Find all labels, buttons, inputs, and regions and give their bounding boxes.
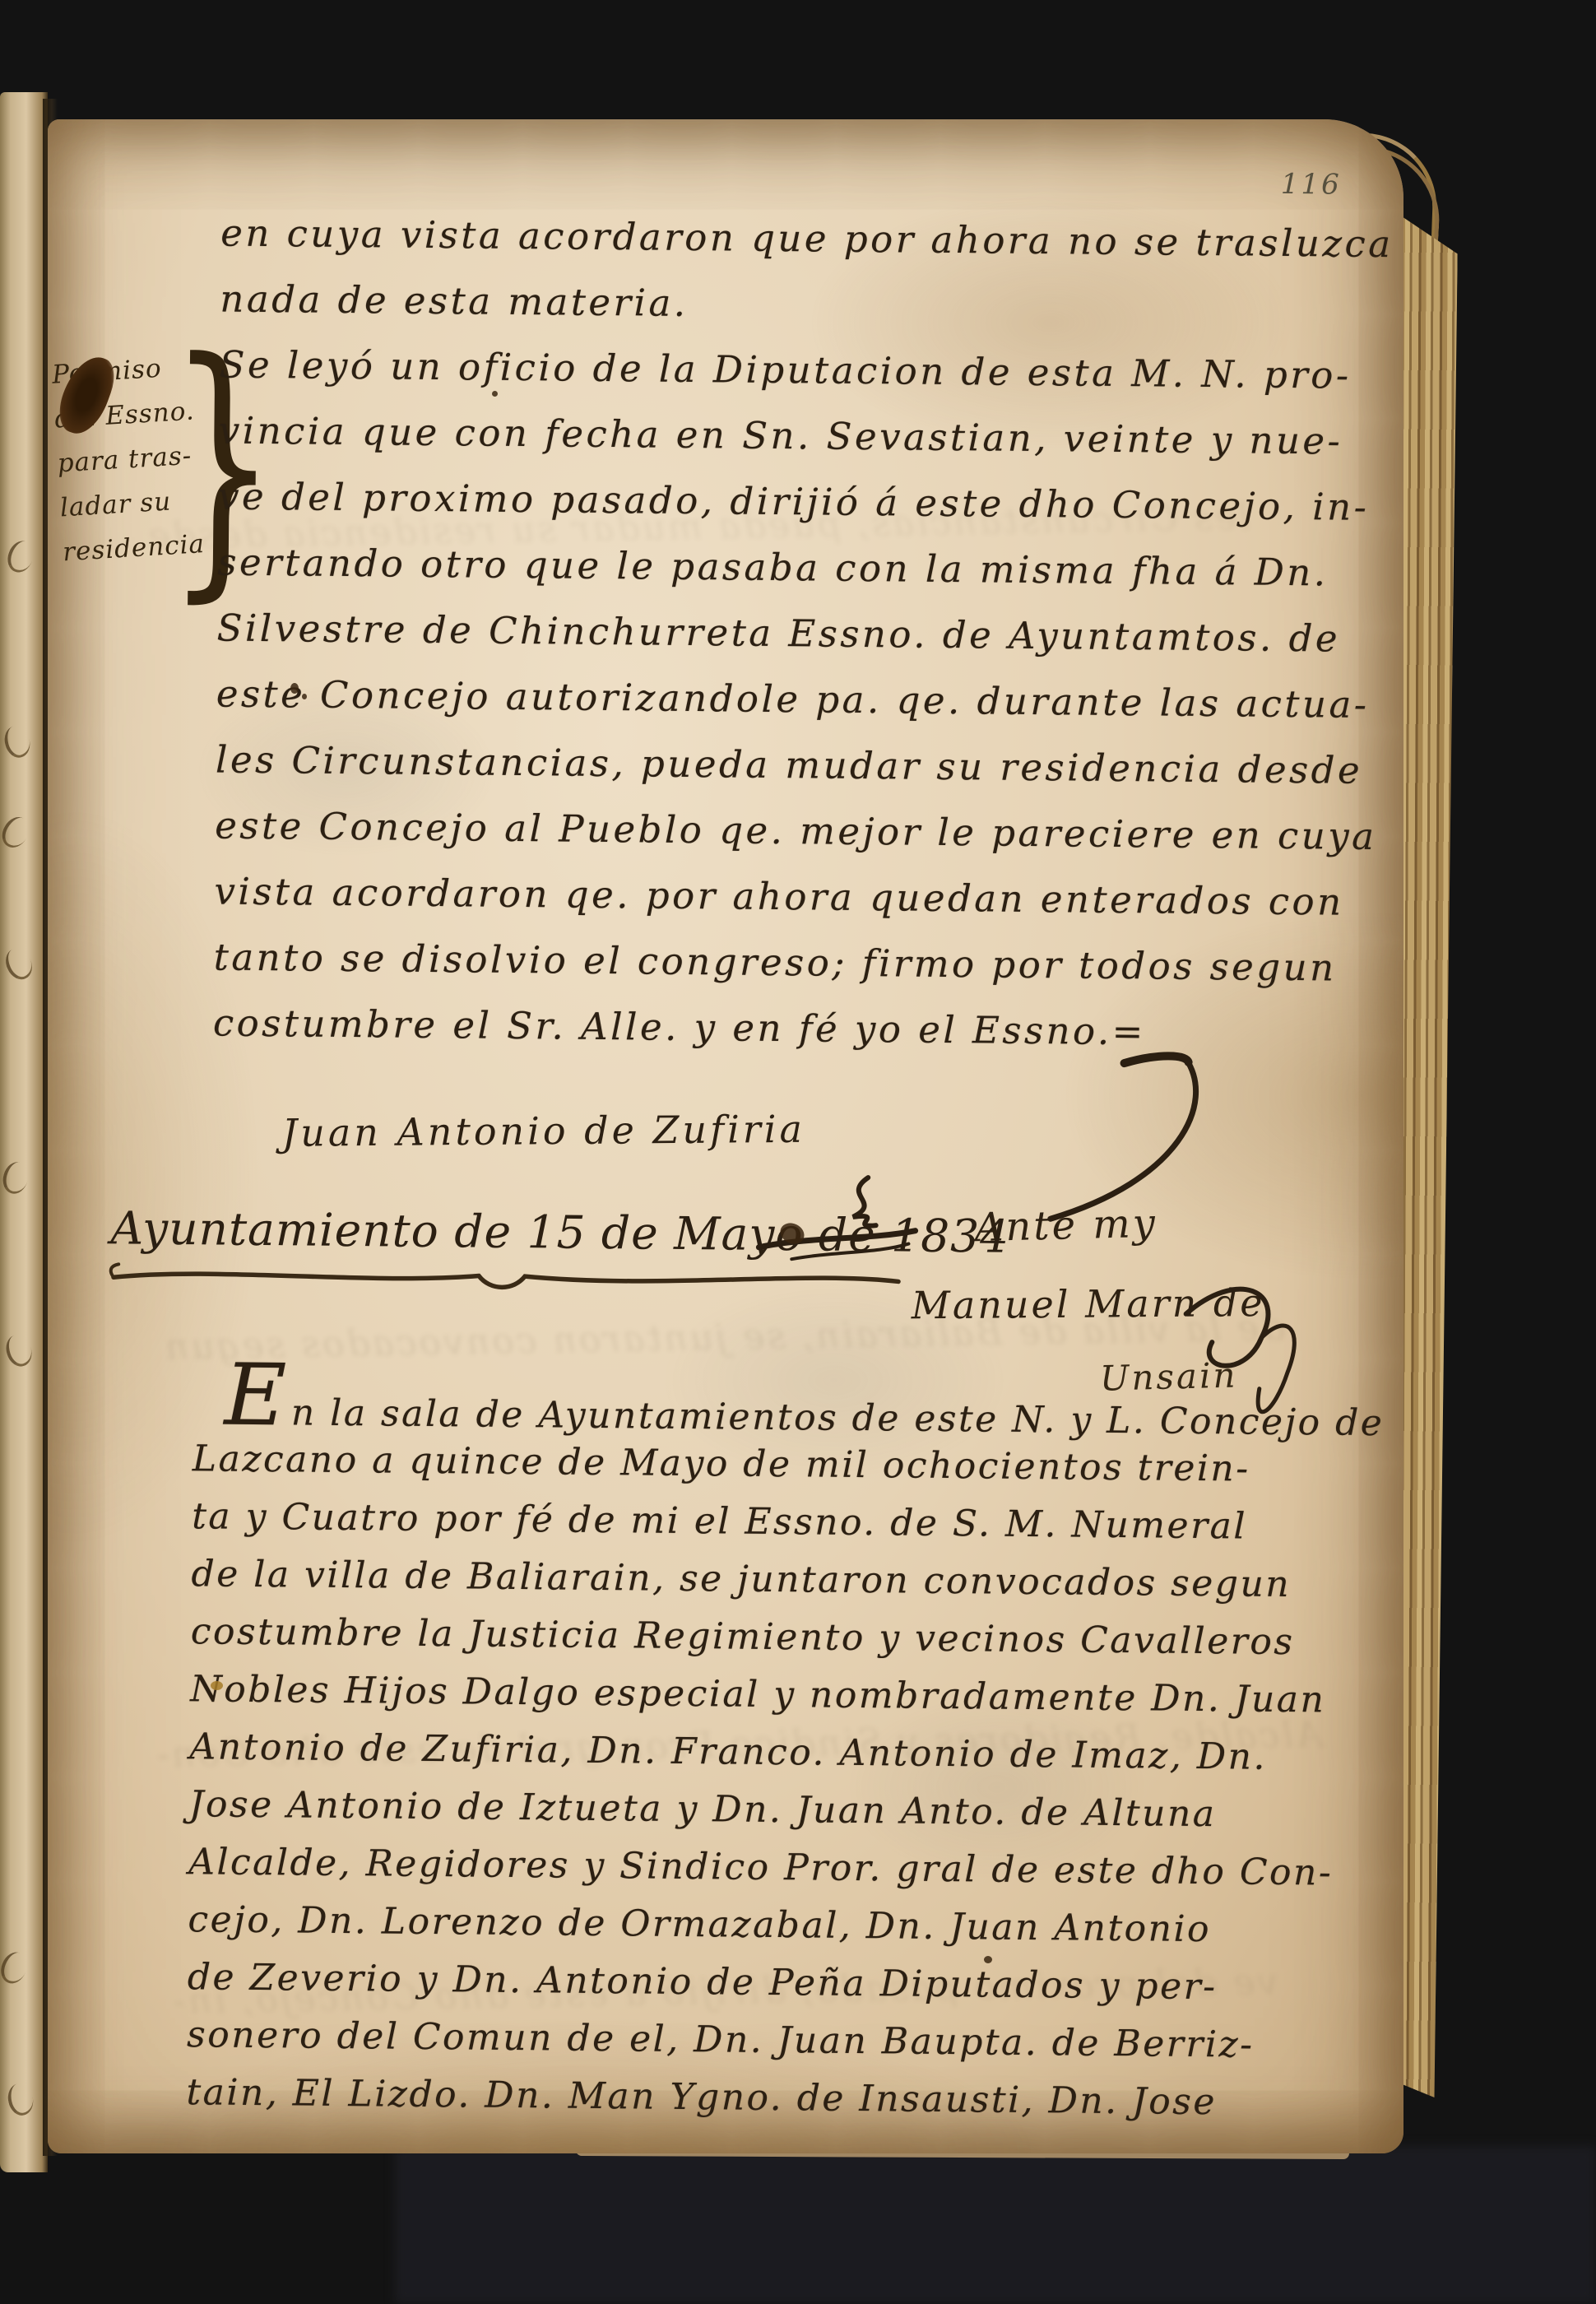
manuscript-line: Alcalde, Regidores y Sindico Pror. gral …	[188, 1839, 1334, 1895]
ink-speck	[302, 694, 307, 699]
manuscript-line: de la villa de Baliarain, se juntaron co…	[191, 1551, 1291, 1607]
manuscript-line: Antonio de Zufiria, Dn. Franco. Antonio …	[189, 1724, 1267, 1780]
manuscript-line: nada de esta materia.	[220, 276, 689, 327]
manuscript-line: vista acordaron qe. por ahora quedan ent…	[214, 868, 1344, 925]
ink-speck	[290, 683, 299, 694]
bleed-ink-mark	[0, 812, 35, 852]
manuscript-line: tanto se disolvio el congreso; firmo por…	[213, 934, 1336, 991]
table-surface-shadow	[395, 2146, 1596, 2304]
manuscript-line: sonero del Comun de el, Dn. Juan Baupta.…	[187, 2012, 1255, 2067]
folio-page-number: 116	[1281, 168, 1342, 202]
ink-speck	[984, 1956, 992, 1963]
manuscript-line: les Circunstancias, pueda mudar su resid…	[216, 736, 1363, 794]
ink-speck	[211, 1681, 223, 1690]
bleed-ink-mark	[3, 537, 38, 576]
signature-name: Juan Antonio de Zufiria	[282, 1107, 806, 1155]
manuscript-line: este Concejo autorizandole pa. qe. duran…	[216, 671, 1370, 728]
manuscript-line: en cuya vista acordaron que por ahora no…	[220, 210, 1394, 267]
ink-speck	[492, 391, 498, 397]
manuscript-line: Se leyó un oficio de la Diputacion de es…	[219, 341, 1351, 398]
session-heading: Ayuntamiento de 15 de Mayo de 1834	[110, 1201, 1009, 1262]
manuscript-line: de Zeverio y Dn. Antonio de Peña Diputad…	[188, 1954, 1218, 2009]
manuscript-line: ta y Cuatro por fé de mi el Essno. de S.…	[192, 1493, 1247, 1549]
manuscript-line: vincia que con fecha en Sn. Sevastian, v…	[219, 407, 1343, 464]
manuscript-line: cejo, Dn. Lorenzo de Ormazabal, Dn. Juan…	[188, 1897, 1211, 1952]
manuscript-line: sertando otro que le pasaba con la misma…	[217, 539, 1329, 596]
bleed-ink-mark	[2, 1331, 36, 1369]
archival-photo-background: les Circunstancias, pueda mudar su resid…	[0, 0, 1596, 2304]
bleed-ink-mark	[1, 944, 37, 983]
manuscript-line: Jose Antonio de Iztueta y Dn. Juan Anto.…	[189, 1781, 1217, 1837]
manuscript-line: Silvestre de Chinchurreta Essno. de Ayun…	[216, 605, 1340, 662]
acta-paragraph: En la sala de Ayuntamientos de este N. y…	[49, 118, 1405, 131]
manuscript-line: Lazcano a quince de Mayo de mil ochocien…	[193, 1436, 1250, 1491]
bleed-ink-mark	[0, 1159, 32, 1196]
handwriting-layer: 116 Permiso del Essno. para tras- ladar …	[30, 118, 1405, 2165]
manuscript-line: En la sala de Ayuntamientos de este N. y…	[193, 1363, 1385, 1446]
manuscript-line: tain, El Lizdo. Dn. Man Ygno. de Insaust…	[186, 2069, 1217, 2125]
bleed-ink-mark	[0, 1949, 31, 1987]
manuscript-line: ve del proximo pasado, dirijió á este dh…	[218, 473, 1370, 531]
bleed-ink-mark	[1, 723, 33, 760]
manuscript-page: les Circunstancias, pueda mudar su resid…	[48, 119, 1403, 2153]
manuscript-line: Nobles Hijos Dalgo especial y nombradame…	[190, 1666, 1326, 1722]
manuscript-line: costumbre la Justicia Regimiento y vecin…	[191, 1609, 1295, 1665]
manuscript-line: este Concejo al Pueblo qe. mejor le pare…	[215, 802, 1377, 860]
